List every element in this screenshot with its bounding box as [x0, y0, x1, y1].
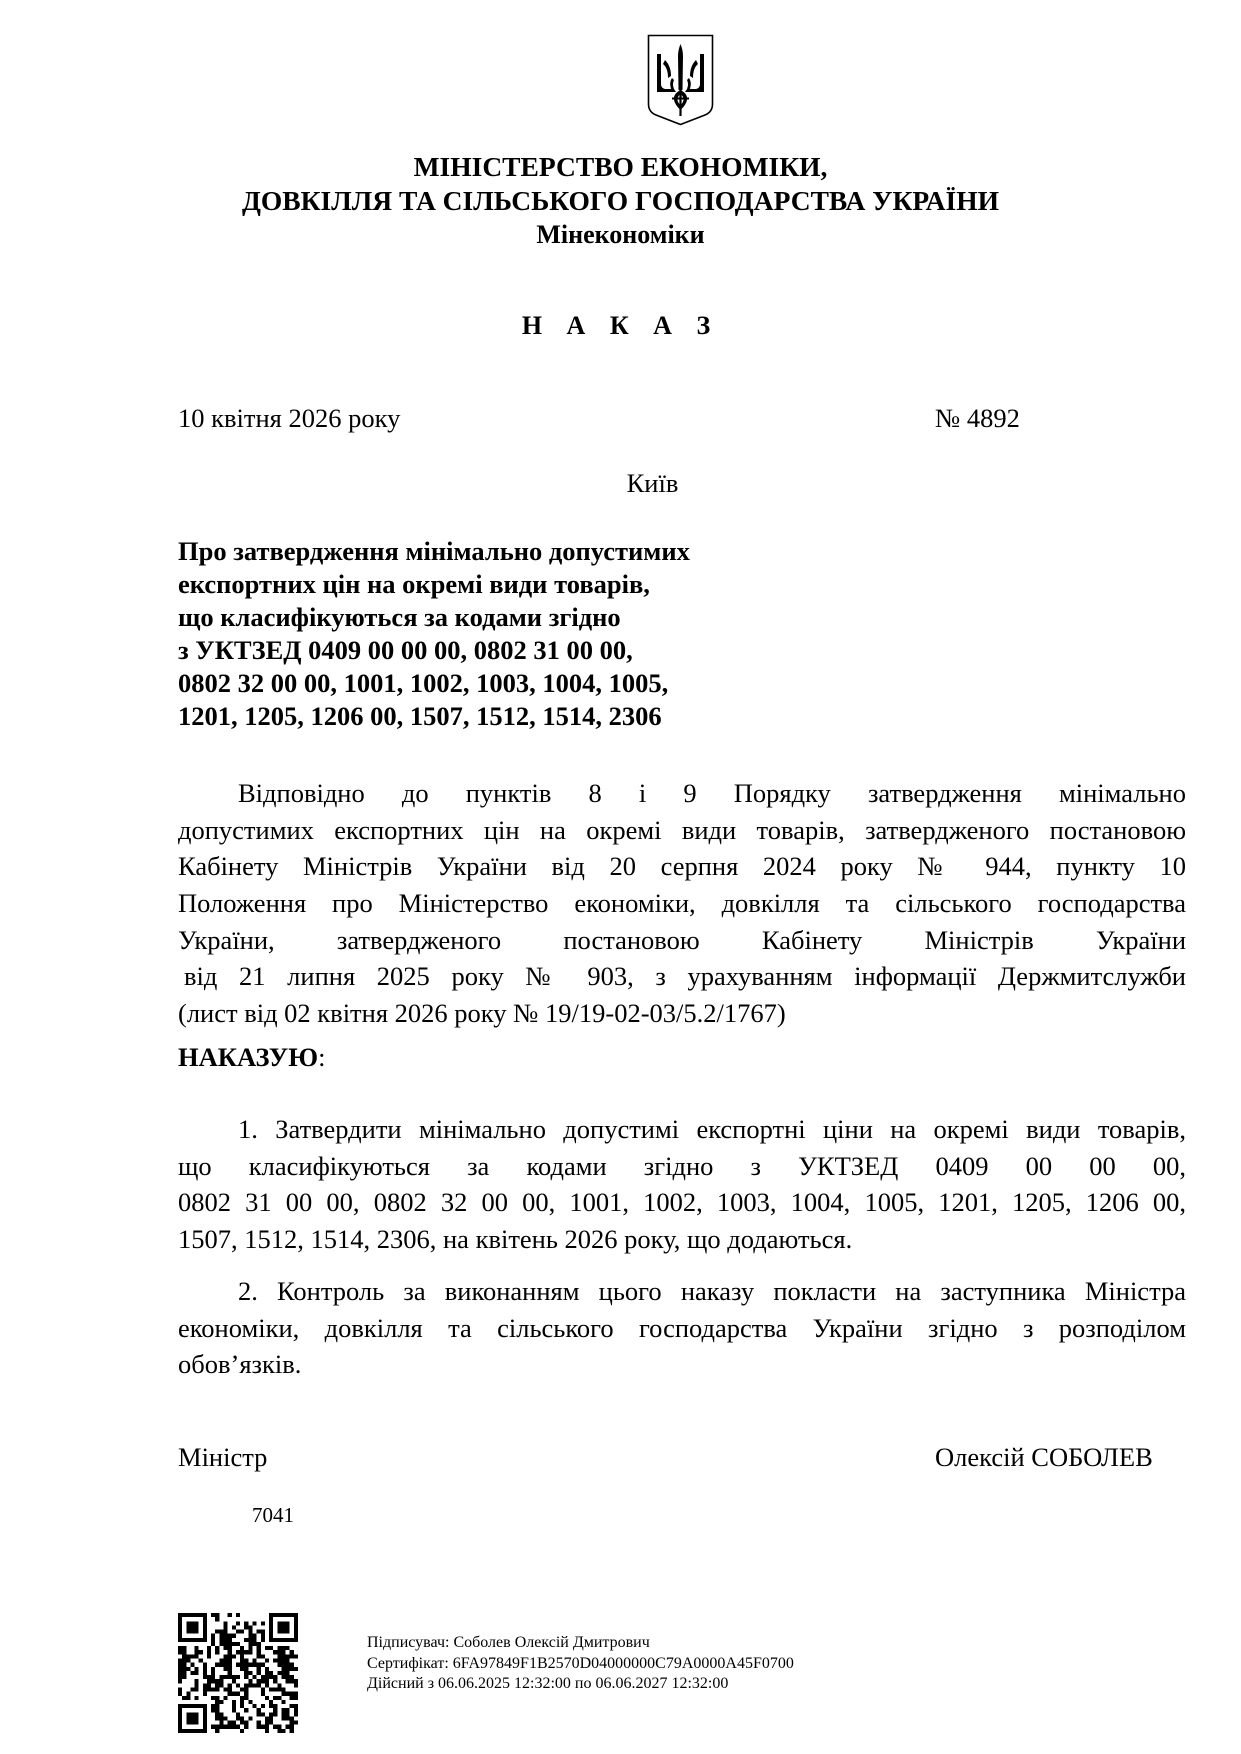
tryzub-emblem-icon — [647, 34, 714, 126]
ministry-name-line-2: ДОВКІЛЛЯ ТА СІЛЬСЬКОГО ГОСПОДАРСТВА УКРА… — [0, 185, 1241, 217]
preamble-line: від 21 липня 2025 року № 903, з урахуван… — [178, 958, 1186, 995]
qr-code-icon — [178, 1613, 298, 1733]
item-line: що класифікуються за кодами згідно з УКТ… — [178, 1148, 1186, 1185]
preamble-line: допустимих експортних цін на окремі види… — [178, 812, 1186, 849]
item-line: 0802 31 00 00, 0802 32 00 00, 1001, 1002… — [178, 1184, 1186, 1221]
order-item-2: 2. Контроль за виконанням цього наказу п… — [178, 1273, 1186, 1383]
orders-label-colon: : — [318, 1042, 325, 1072]
preamble-line: Положення про Міністерство економіки, до… — [178, 885, 1186, 922]
document-title: Про затвердження мінімально допустимих е… — [178, 535, 818, 733]
document-number: № 4892 — [935, 403, 1020, 434]
item-line: 1507, 1512, 1514, 2306, на квітень 2026 … — [178, 1221, 1186, 1258]
e-signature-block: Підписувач: Соболев Олексій Дмитрович Се… — [367, 1633, 794, 1695]
title-line: з УКТЗЕД 0409 00 00 00, 0802 31 00 00, — [178, 634, 818, 667]
signatory-position: Міністр — [178, 1442, 267, 1473]
order-item-1: 1. Затвердити мінімально допустимі експо… — [178, 1111, 1186, 1258]
title-line: 1201, 1205, 1206 00, 1507, 1512, 1514, 2… — [178, 700, 818, 733]
document-city: Київ — [0, 468, 1241, 499]
title-line: що класифікуються за кодами згідно — [178, 601, 818, 634]
ministry-short-name: Мінекономіки — [0, 219, 1241, 251]
e-signature-certificate: Сертифікат: 6FA97849F1B2570D04000000C79A… — [367, 1654, 794, 1675]
document-type-heading: Н А К А З — [0, 311, 1241, 341]
signatory-name: Олексій СОБОЛЕВ — [935, 1442, 1153, 1473]
orders-label-text: НАКАЗУЮ — [178, 1042, 318, 1072]
item-line: економіки, довкілля та сільського господ… — [178, 1310, 1186, 1347]
registration-number: 7041 — [252, 1503, 294, 1528]
preamble-line: України, затвердженого постановою Кабіне… — [178, 922, 1186, 959]
title-line: 0802 32 00 00, 1001, 1002, 1003, 1004, 1… — [178, 667, 818, 700]
title-line: Про затвердження мінімально допустимих — [178, 535, 818, 568]
title-line: експортних цін на окремі види товарів, — [178, 568, 818, 601]
document-date: 10 квітня 2026 року — [178, 403, 400, 434]
e-signature-validity: Дійсний з 06.06.2025 12:32:00 по 06.06.2… — [367, 1674, 794, 1695]
preamble-line: (лист від 02 квітня 2026 року № 19/19-02… — [178, 995, 1186, 1032]
item-line: обов’язків. — [178, 1346, 1186, 1383]
preamble-line: Відповідно до пунктів 8 і 9 Порядку затв… — [178, 775, 1186, 812]
ministry-name-line-1: МІНІСТЕРСТВО ЕКОНОМІКИ, — [0, 151, 1241, 183]
e-signature-signer: Підписувач: Соболев Олексій Дмитрович — [367, 1633, 794, 1654]
preamble-line: Кабінету Міністрів України від 20 серпня… — [178, 848, 1186, 885]
item-line: 2. Контроль за виконанням цього наказу п… — [178, 1273, 1186, 1310]
item-line: 1. Затвердити мінімально допустимі експо… — [178, 1111, 1186, 1148]
orders-label: НАКАЗУЮ: — [178, 1042, 325, 1073]
preamble-paragraph: Відповідно до пунктів 8 і 9 Порядку затв… — [178, 775, 1186, 1032]
